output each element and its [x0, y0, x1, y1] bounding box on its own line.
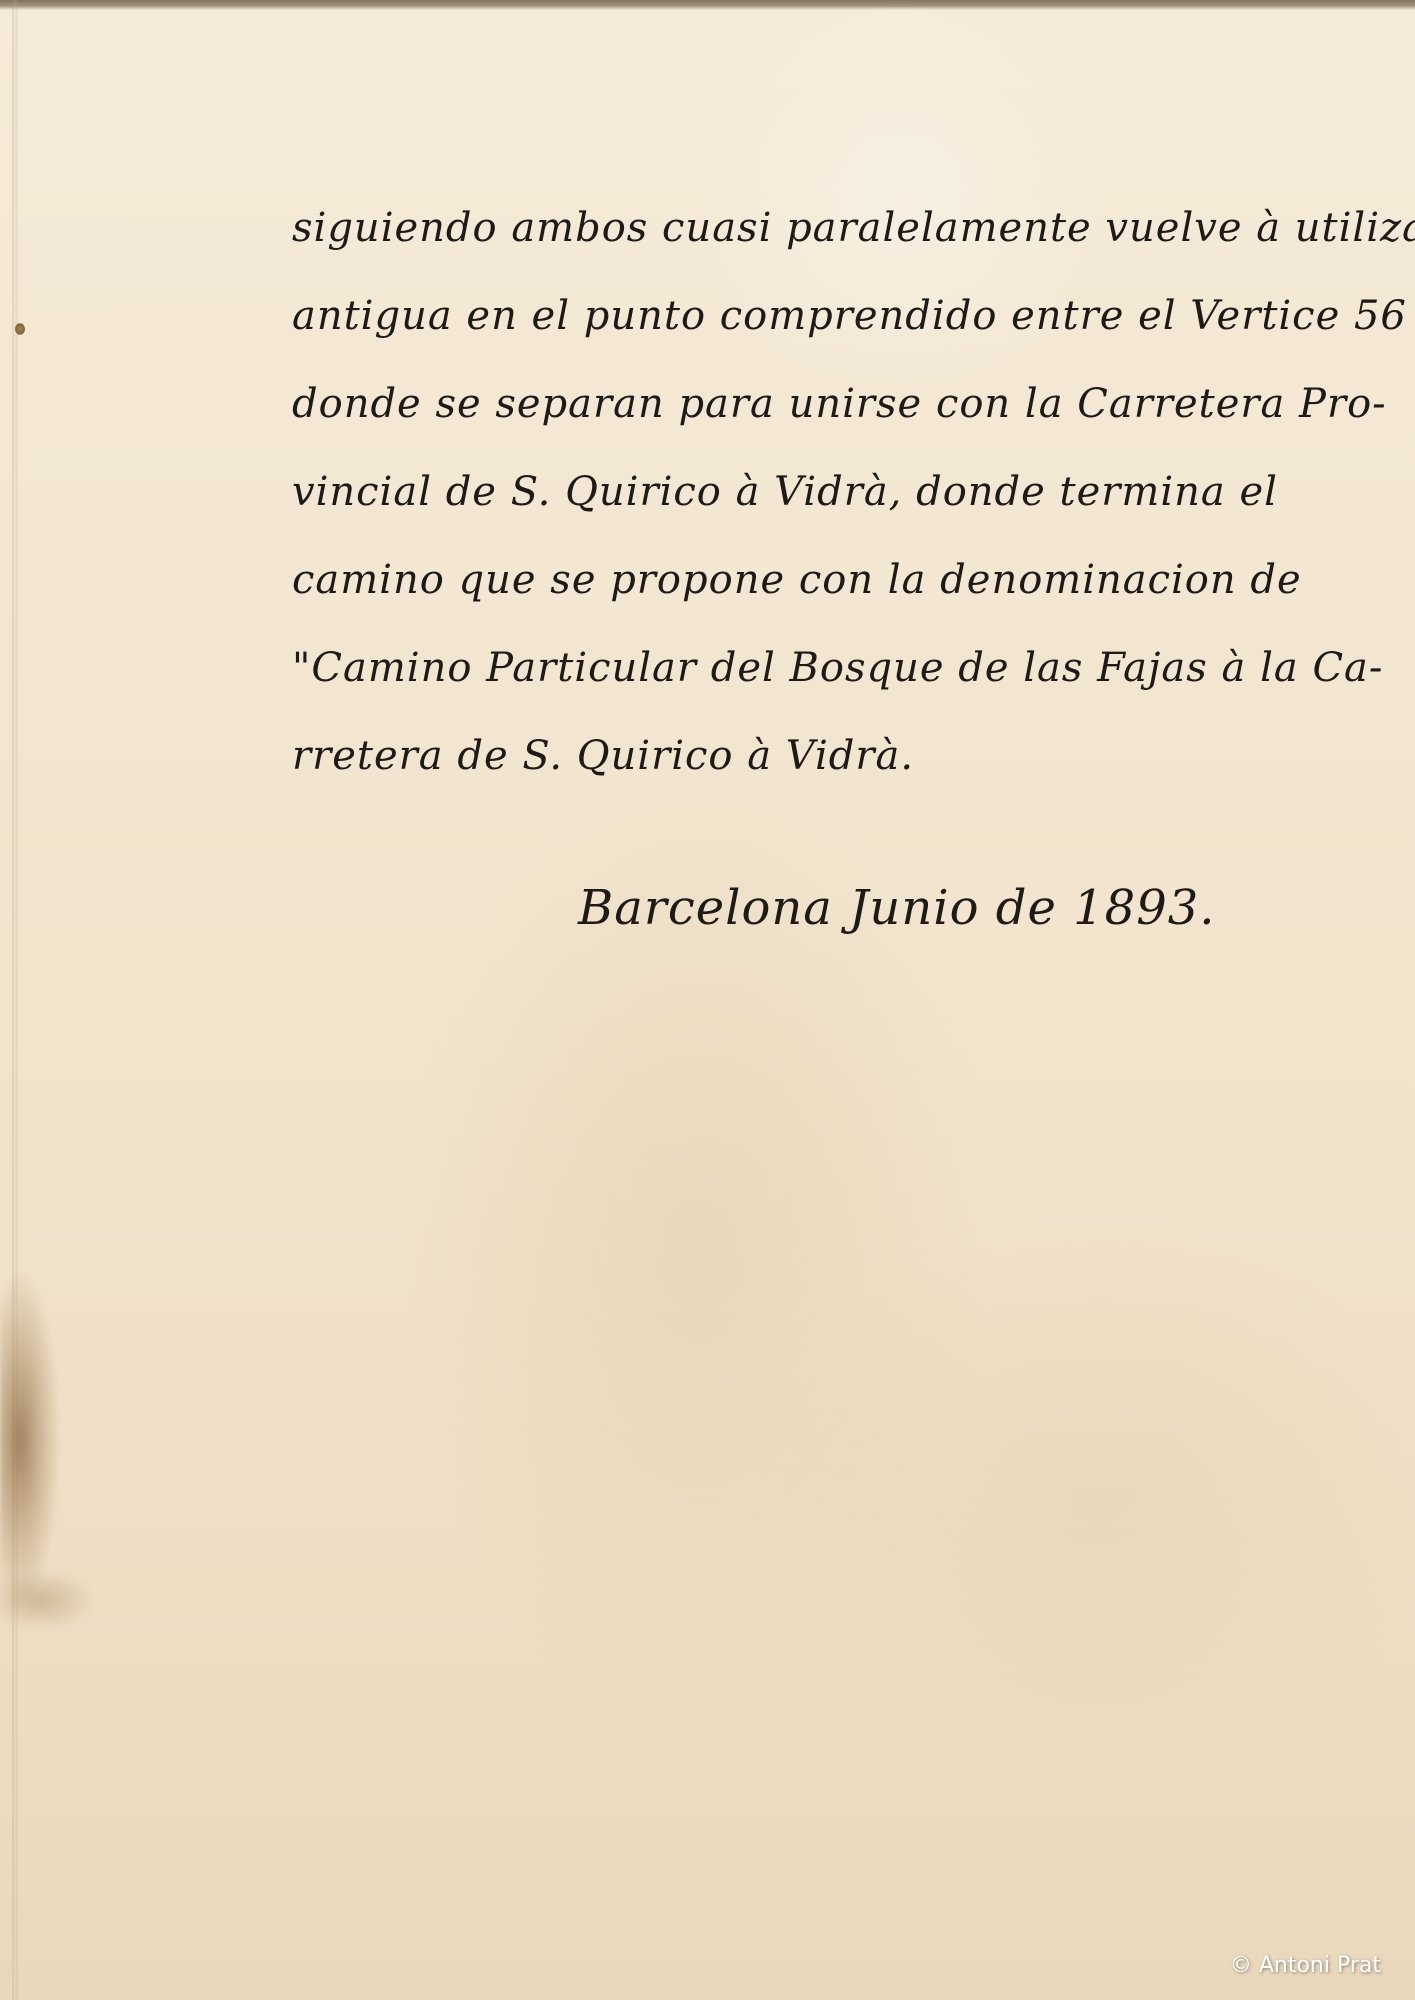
water-stain [0, 1270, 70, 1610]
text-line: siguiendo ambos cuasi paralelamente vuel… [292, 196, 1352, 284]
page-top-edge-shadow [0, 0, 1415, 10]
text-line: camino que se propone con la denominacio… [292, 548, 1352, 636]
text-line: antigua en el punto comprendido entre el… [292, 284, 1352, 372]
binding-margin [12, 0, 18, 2000]
handwritten-body-text: siguiendo ambos cuasi paralelamente vuel… [292, 196, 1352, 812]
manuscript-page: siguiendo ambos cuasi paralelamente vuel… [0, 0, 1415, 2000]
text-line: "Camino Particular del Bosque de las Faj… [292, 636, 1352, 724]
text-line: donde se separan para unirse con la Carr… [292, 372, 1352, 460]
copyright-watermark: © Antoni Prat [1230, 1953, 1381, 1978]
place-and-date-signature: Barcelona Junio de 1893. [578, 880, 1216, 936]
water-stain-faint [0, 1560, 110, 1640]
text-line: vincial de S. Quirico à Vidrà, donde ter… [292, 460, 1352, 548]
text-line: rretera de S. Quirico à Vidrà. [292, 724, 1352, 812]
binding-rust-spot [15, 323, 25, 335]
